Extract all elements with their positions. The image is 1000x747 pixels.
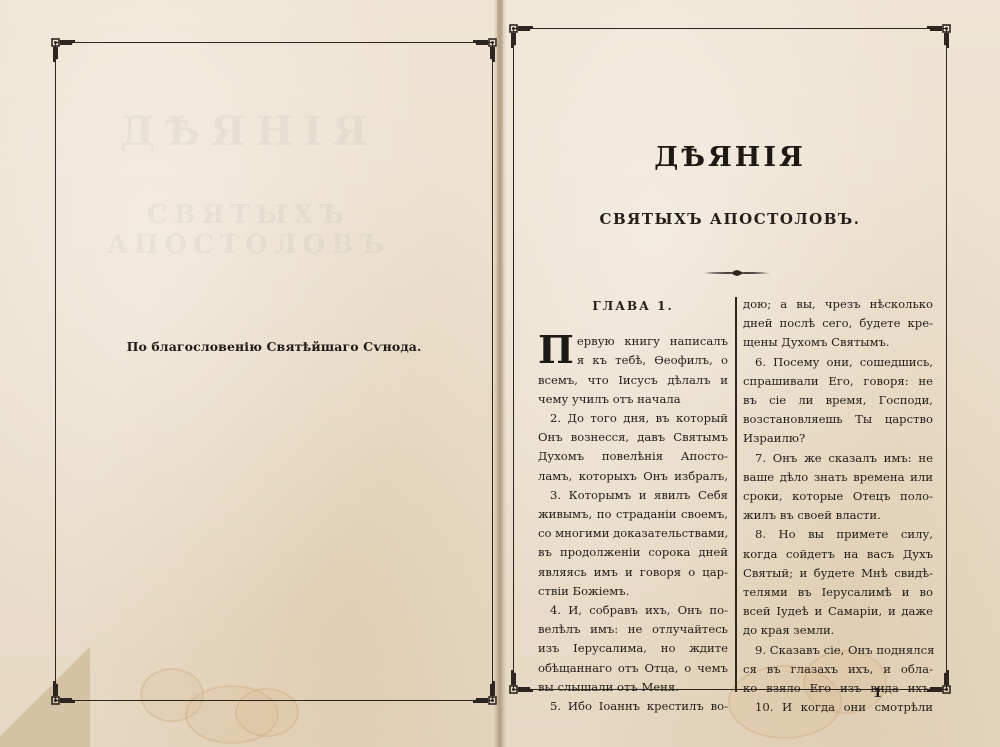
book-subtitle: СВЯТЫХЪ АПОСТОЛОВЪ.	[514, 210, 946, 228]
verse-line: 10. И когда они смотрѣли	[743, 698, 933, 717]
text-line: спрашивали Его, говоря: не	[743, 372, 933, 391]
text-line: когда сойдетъ на васъ Духъ	[743, 545, 933, 564]
corner-ornament-icon	[49, 677, 79, 707]
verse-line: 6. Посему они, сошедшись,	[743, 353, 933, 372]
text-line: всей Іудеѣ и Самаріи, и даже	[743, 602, 933, 621]
text-line: ся въ глазахъ ихъ, и обла-	[743, 660, 933, 679]
text-line: телями въ Іерусалимѣ и во	[743, 583, 933, 602]
text-line: живымъ, по страданіи своемъ,	[538, 505, 728, 524]
text-line: до края земли.	[743, 621, 933, 640]
verse-line: 2. До того дня, въ который	[538, 409, 728, 428]
book-title: ДѢЯНІЯ	[514, 142, 946, 173]
text-line: въ сіе ли время, Господи,	[743, 391, 933, 410]
text-line: въ продолженіи сорока дней	[538, 543, 728, 562]
divider-ornament-icon	[704, 262, 770, 270]
verse-line: 4. И, собравъ ихъ, Онъ по-	[538, 601, 728, 620]
text-column-1: ГЛАВА 1. П ервую книгу написалъ я къ теб…	[538, 293, 728, 716]
text-line: возстановляешь Ты царство	[743, 410, 933, 429]
corner-ornament-icon	[49, 36, 79, 66]
text-line: велѣлъ имъ: не отлучайтесь	[538, 620, 728, 639]
corner-ornament-icon	[507, 666, 537, 696]
text-line: ствіи Божіемъ.	[538, 582, 728, 601]
text-line: вы слышали отъ Меня.	[538, 678, 728, 697]
right-page: ДѢЯНІЯ СВЯТЫХЪ АПОСТОЛОВЪ. ГЛАВА 1. П ер…	[503, 0, 1000, 747]
corner-ornament-icon	[923, 22, 953, 52]
text-line: чему училъ отъ начала	[538, 390, 728, 409]
text-line: ваше дѣло знать времена или	[743, 468, 933, 487]
imprimatur-text: По благословенію Святѣйшаго Сѵнода.	[56, 339, 492, 354]
text-line: являясь имъ и говоря о цар-	[538, 563, 728, 582]
verse-line: 8. Но вы примете силу,	[743, 525, 933, 544]
corner-ornament-icon	[507, 22, 537, 52]
text-line: обѣщаннаго отъ Отца, о чемъ	[538, 659, 728, 678]
text-line: дней послѣ сего, будете кре-	[743, 314, 933, 333]
text-line: щены Духомъ Святымъ.	[743, 333, 933, 352]
text-line: сроки, которые Отецъ поло-	[743, 487, 933, 506]
ornamental-frame: ДѢЯНІЯ СВЯТЫХЪ АПОСТОЛОВЪ. ГЛАВА 1. П ер…	[513, 28, 947, 690]
book-spread: ДѢЯНІЯ СВЯТЫХЪ АПОСТОЛОВЪ По благословен…	[0, 0, 1000, 747]
text-line: изъ Іерусалима, но ждите	[538, 639, 728, 658]
text-column-2: дою; а вы, чрезъ нѣсколько дней послѣ се…	[743, 295, 933, 717]
text-line: дою; а вы, чрезъ нѣсколько	[743, 295, 933, 314]
book-gutter	[494, 0, 506, 747]
text-line: Святый; и будете Мнѣ свидѣ-	[743, 564, 933, 583]
verse-line: 7. Онъ же сказалъ имъ: не	[743, 449, 933, 468]
chapter-heading: ГЛАВА 1.	[538, 297, 728, 316]
ornamental-frame: По благословенію Святѣйшаго Сѵнода.	[55, 42, 493, 701]
text-line: Онъ вознесся, давъ Святымъ	[538, 428, 728, 447]
text-line: ламъ, которыхъ Онъ избралъ,	[538, 467, 728, 486]
text-line: Израилю?	[743, 429, 933, 448]
text-line: ко взяло Его изъ вида ихъ.	[743, 679, 933, 698]
page-number: 1	[873, 686, 882, 701]
text-line: Духомъ повелѣнія Апосто-	[538, 447, 728, 466]
verse-line: 5. Ибо Іоаннъ крестилъ во-	[538, 697, 728, 716]
text-line: со многими доказательствами,	[538, 524, 728, 543]
column-divider	[735, 297, 737, 692]
verse-line: 3. Которымъ и явилъ Себя	[538, 486, 728, 505]
text-line: всемъ, что Іисусъ дѣлалъ и	[538, 371, 728, 390]
left-page: ДѢЯНІЯ СВЯТЫХЪ АПОСТОЛОВЪ По благословен…	[0, 0, 497, 747]
text-line: жилъ въ своей власти.	[743, 506, 933, 525]
drop-cap: П	[538, 333, 574, 367]
verse-line: 9. Сказавъ сіе, Онъ поднялся	[743, 641, 933, 660]
